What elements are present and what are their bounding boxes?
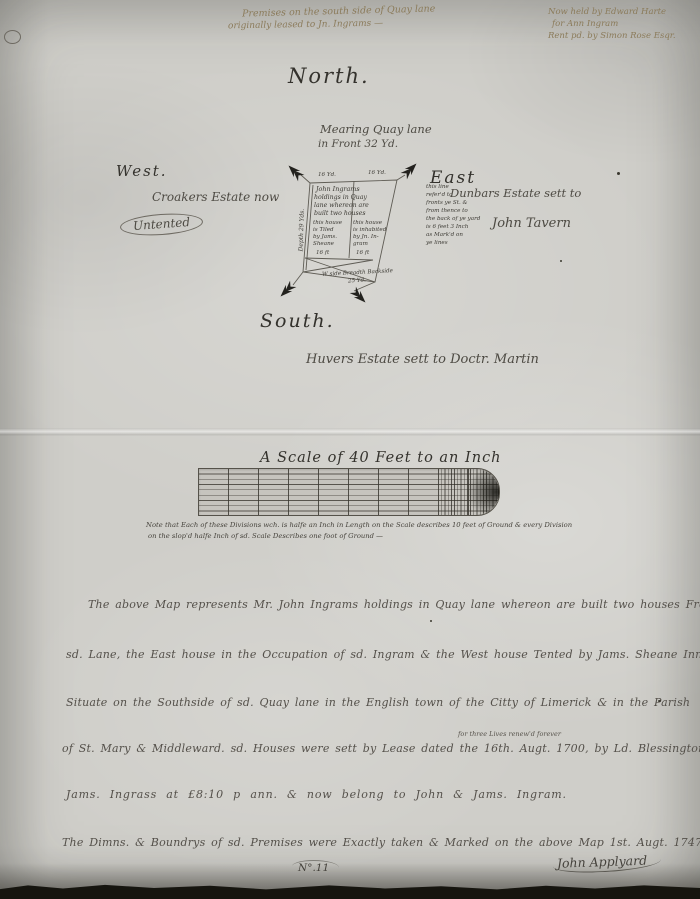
- fold-crease: [0, 428, 700, 436]
- compass-south-label: South.: [260, 310, 335, 332]
- plot-top-dim-right: 16 Yd.: [368, 170, 386, 177]
- compass-west-label: West.: [116, 162, 168, 180]
- plot-side-note-line3: fronts ye St. &: [426, 200, 467, 207]
- right-house-line5: 16 ft: [356, 250, 369, 257]
- south-estate-owner: Huvers Estate sett to Doctr. Martin: [306, 352, 539, 367]
- body-line-3: Situate on the Southside of sd. Quay lan…: [66, 696, 690, 709]
- plot-side-note-line8: ye lines: [426, 240, 448, 247]
- plot-header-line2: holdings in Quay: [314, 194, 367, 201]
- body-line-1: The above Map represents Mr. John Ingram…: [88, 598, 700, 611]
- top-right-note-line3: Rent pd. by Simon Rose Esqr.: [548, 31, 676, 41]
- east-estate-tenant: John Tavern: [492, 216, 571, 231]
- left-house-line3: by Jams.: [313, 234, 337, 241]
- body-interline-note: for three Lives renew'd forever: [458, 730, 561, 738]
- body-line-5: Jams. Ingrass at £8:10 p ann. & now belo…: [66, 788, 567, 801]
- compass-arrow-ne: [401, 160, 420, 179]
- paper-speck: [658, 700, 661, 702]
- paper-speck: [617, 172, 620, 175]
- west-status-text: Untented: [133, 215, 191, 233]
- top-left-note-line1: Premises on the south side of Quay lane: [242, 3, 436, 19]
- top-right-note-line2: for Ann Ingram: [552, 19, 618, 29]
- right-house-line1: this house: [353, 220, 382, 227]
- body-line-2: sd. Lane, the East house in the Occupati…: [66, 648, 700, 661]
- body-line-6: The Dimns. & Boundrys of sd. Premises we…: [62, 836, 700, 849]
- plot-header-line3: lane whereon are: [314, 202, 369, 209]
- compass-arrow-sw: [277, 281, 296, 300]
- plot-breadth-label-line2: 25 Yd.: [348, 278, 366, 286]
- top-right-note-line1: Now held by Edward Harte: [548, 7, 666, 17]
- frontage-line2: in Front 32 Yd.: [318, 138, 398, 150]
- frontage-line1: Mearing Quay lane: [320, 122, 432, 136]
- plot-side-note-line5: the back of ye yard: [426, 216, 480, 223]
- plot-top-dim-left: 16 Yd.: [318, 172, 336, 179]
- right-house-line3: by Jn. In-: [353, 234, 379, 241]
- paper-o-mark: [4, 30, 21, 44]
- right-house-line2: is inhabited: [353, 227, 386, 234]
- plot-header-line4: built two houses: [314, 210, 366, 217]
- west-status-circle: Untented: [119, 211, 203, 238]
- plot-side-note-line1: this line: [426, 184, 449, 191]
- scale-title: A Scale of 40 Feet to an Inch: [260, 450, 502, 466]
- left-house-line2: is Tiled: [313, 227, 334, 234]
- paper-speck: [560, 260, 562, 262]
- scale-bar: [198, 468, 500, 516]
- body-line-4: of St. Mary & Middleward. sd. Houses wer…: [62, 742, 700, 755]
- plot-header-line1: John Ingrams: [316, 186, 360, 193]
- plot-side-note-line6: is 6 feet 3 Inch: [426, 224, 468, 231]
- west-estate-status: Untented: [120, 214, 203, 235]
- paper-speck: [430, 620, 432, 622]
- plot-side-note-line2: refer'd to: [426, 192, 453, 199]
- scale-note-line2: on the slop'd halfe Inch of sd. Scale De…: [148, 532, 383, 540]
- plot-side-note-line4: from thence to: [426, 208, 468, 215]
- east-estate-owner: Dunbars Estate sett to: [450, 186, 581, 200]
- compass-arrow-nw: [285, 162, 304, 181]
- compass-north-label: North.: [288, 64, 370, 88]
- left-house-line5: 16 ft: [316, 250, 329, 257]
- right-house-line4: gram: [353, 241, 368, 248]
- scale-bar-tip: [439, 469, 499, 515]
- left-house-line4: Sheane: [313, 241, 334, 248]
- west-estate-owner: Croakers Estate now: [152, 190, 279, 204]
- scale-note-line1: Note that Each of these Divisions wch. i…: [146, 521, 572, 529]
- document-scan: Premises on the south side of Quay lane …: [0, 0, 700, 899]
- left-house-line1: this house: [313, 220, 342, 227]
- top-left-note-line2: originally leased to Jn. Ingrams —: [228, 19, 383, 32]
- compass-arrow-se: [350, 287, 369, 306]
- plot-side-note-line7: as Mark'd on: [426, 232, 463, 239]
